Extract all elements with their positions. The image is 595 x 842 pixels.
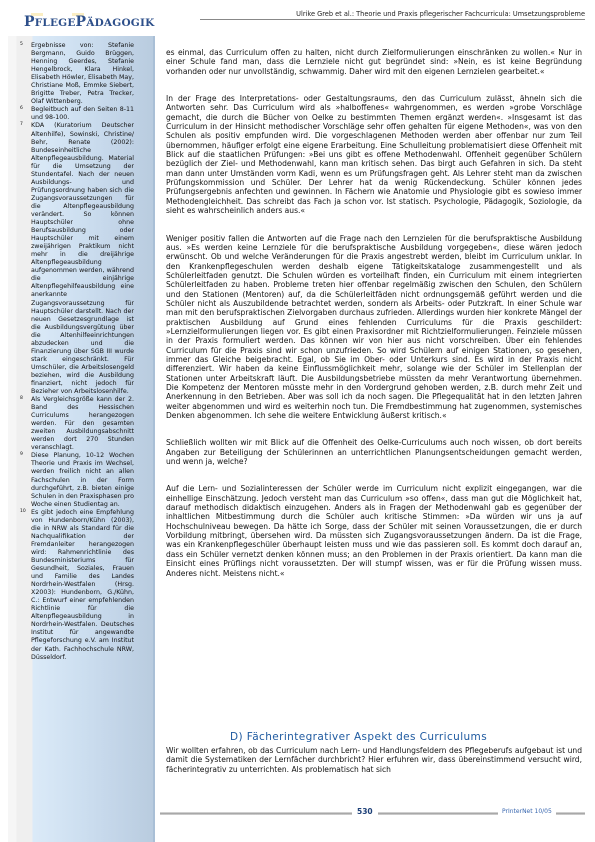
footnote-text: Als Vergleichsgröße kann der 2. Band des… (31, 396, 134, 451)
body-paragraph: Auf die Lern- und Sozialinteressen der S… (166, 484, 582, 577)
footnote: 5Ergebnisse von: Stefanie Bergmann, Guid… (26, 42, 134, 106)
footnote: 9Diese Planung, 10-12 Wochen Theorie und… (26, 452, 134, 508)
body-paragraph: In der Frage des Interpretations- oder G… (166, 94, 582, 215)
footnote-text: KDA (Kuratorium Deutscher Altenhilfe), S… (31, 122, 134, 395)
footnote: 6Begleitbuch auf den Seiten 8-11 und 98-… (26, 106, 134, 122)
body-paragraph: Schließlich wollten wir mit Blick auf di… (166, 438, 582, 466)
footnote: 8Als Vergleichsgröße kann der 2. Band de… (26, 396, 134, 452)
article-body: es einmal, das Curriculum offen zu halte… (166, 48, 582, 578)
footnote-text: Es gibt jedoch eine Empfehlung von Hunde… (31, 509, 134, 661)
body-paragraph: es einmal, das Curriculum offen zu halte… (166, 48, 582, 76)
footnote: 10Es gibt jedoch eine Empfehlung von Hun… (26, 509, 134, 662)
footnote-text: Ergebnisse von: Stefanie Bergmann, Guido… (31, 42, 134, 105)
footnote-number: 10 (20, 508, 26, 516)
footnote-number: 5 (20, 41, 23, 49)
section-body-paragraph: Wir wollten erfahren, ob das Curriculum … (166, 746, 582, 774)
body-paragraph: Weniger positiv fallen die Antworten auf… (166, 234, 582, 421)
journal-masthead: PFLEGEPÄDAGOGIK (24, 11, 154, 30)
page-number: 530 (352, 807, 378, 816)
journal-issue: PrInterNet 10/05 (498, 808, 556, 815)
footnote-number: 6 (20, 105, 23, 113)
footnote-number: 9 (20, 451, 23, 459)
running-head: Ulrike Greb et al.: Theorie und Praxis p… (200, 10, 585, 20)
footnotes: 5Ergebnisse von: Stefanie Bergmann, Guid… (26, 42, 134, 662)
footnote-number: 8 (20, 395, 23, 403)
footnote-text: Begleitbuch auf den Seiten 8-11 und 98-1… (31, 106, 134, 121)
section-heading: D) Fächerintegrativer Aspekt des Curricu… (230, 731, 487, 743)
footnote: 7KDA (Kuratorium Deutscher Altenhilfe), … (26, 122, 134, 396)
footnote-text: Diese Planung, 10-12 Wochen Theorie und … (31, 452, 134, 507)
footnote-number: 7 (20, 121, 23, 129)
